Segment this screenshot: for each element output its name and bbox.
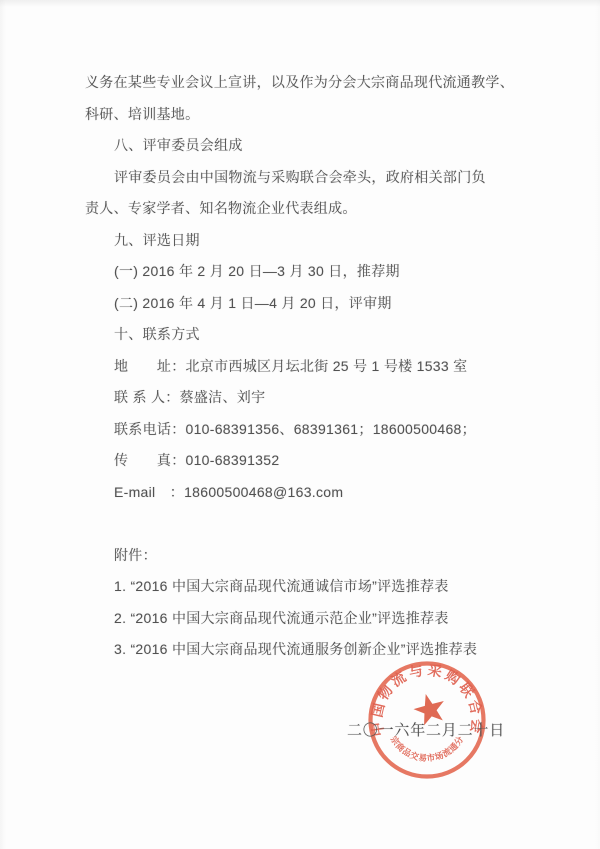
document-line: 附件： (85, 540, 545, 572)
document-line: 义务在某些专业会议上宣讲，以及作为分会大宗商品现代流通教学、 (85, 67, 545, 99)
document-line: 地 址：北京市西城区月坛北街 25 号 1 号楼 1533 室 (85, 351, 545, 383)
document-line: 八、评审委员会组成 (85, 130, 545, 162)
document-line: (二) 2016 年 4 月 1 日—4 月 20 日，评审期 (85, 288, 545, 320)
document-line: 评审委员会由中国物流与采购联合会牵头，政府相关部门负 (85, 162, 545, 194)
document-line: 联 系 人：蔡盛洁、刘宇 (85, 382, 545, 414)
document-line: 联系电话：010-68391356、68391361；18600500468； (85, 414, 545, 446)
scanned-document-page: 义务在某些专业会议上宣讲，以及作为分会大宗商品现代流通教学、科研、培训基地。八、… (0, 0, 600, 849)
document-line: 九、评选日期 (85, 225, 545, 257)
document-line: 1. “2016 中国大宗商品现代流通诚信市场”评选推荐表 (85, 571, 545, 603)
document-line: 2. “2016 中国大宗商品现代流通示范企业”评选推荐表 (85, 603, 545, 635)
document-line: E-mail ：18600500468@163.com (85, 477, 545, 509)
document-date: 二〇一六年二月二十日 (347, 719, 505, 740)
document-body: 义务在某些专业会议上宣讲，以及作为分会大宗商品现代流通教学、科研、培训基地。八、… (85, 67, 545, 666)
document-line: 十、联系方式 (85, 319, 545, 351)
document-line: 科研、培训基地。 (85, 99, 545, 131)
blank-line (85, 508, 545, 540)
document-line: (一) 2016 年 2 月 20 日—3 月 30 日，推荐期 (85, 256, 545, 288)
document-line: 责人、专家学者、知名物流企业代表组成。 (85, 193, 545, 225)
document-line: 传 真：010-68391352 (85, 445, 545, 477)
